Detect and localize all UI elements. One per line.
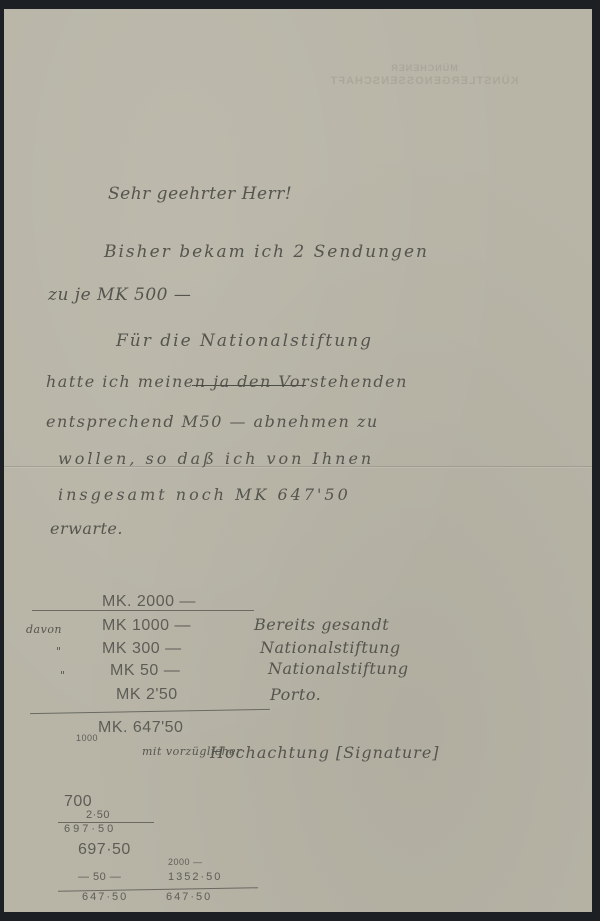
sum-rule: [30, 709, 270, 714]
item-label-1: Bereits gesandt: [254, 615, 389, 634]
item-label-3: Nationalstiftung: [268, 659, 409, 678]
signature: Hochachtung [Signature]: [210, 743, 440, 762]
calc-3-line-3: 647·50: [166, 891, 212, 903]
total-amount: MK. 2000 —: [102, 593, 196, 611]
letter-line-4: hatte ich meinen ja den Vorstehenden: [46, 372, 408, 391]
item-amount-4: MK 2'50: [116, 686, 178, 704]
letterhead: MÜNCHENER KÜNSTLERGENOSSENSCHAFT: [304, 63, 544, 87]
calc-2-line-1: 697·50: [78, 841, 131, 859]
letter-line-6: wollen, so daß ich von Ihnen: [58, 449, 374, 468]
calc-3-line-1: 2000 —: [168, 857, 203, 867]
item-prefix-1: davon: [26, 623, 62, 636]
result-prefix: 1000: [76, 733, 98, 743]
letter-page: MÜNCHENER KÜNSTLERGENOSSENSCHAFT Sehr ge…: [4, 9, 592, 912]
item-label-4: Porto.: [270, 685, 321, 704]
strike-through: [192, 385, 306, 386]
calc-1-line-2: 2·50: [86, 809, 110, 821]
letter-line-2-text: zu je MK 500 —: [48, 285, 191, 305]
letter-line-2: zu je MK 500 —: [48, 285, 191, 305]
letter-line-5: entsprechend M50 — abnehmen zu: [46, 412, 379, 431]
letter-line-7: insgesamt noch MK 647'50: [58, 485, 351, 504]
letterhead-line-1: MÜNCHENER: [304, 63, 544, 73]
salutation: Sehr geehrter Herr!: [108, 184, 292, 204]
letter-line-1: Bisher bekam ich 2 Sendungen: [104, 242, 429, 262]
item-label-2: Nationalstiftung: [260, 638, 401, 657]
item-prefix-3: ": [60, 669, 66, 682]
calc-2-line-2: — 50 —: [78, 871, 121, 883]
item-prefix-2: ": [56, 645, 62, 658]
calc-1-line-3: 697·50: [64, 823, 116, 835]
letter-line-3: Für die Nationalstiftung: [116, 331, 373, 351]
result-amount: MK. 647'50: [98, 719, 183, 737]
item-amount-2: MK 300 —: [102, 640, 182, 658]
total-rule: [32, 610, 254, 611]
letter-line-8: erwarte.: [50, 519, 123, 538]
calc-2-line-3: 647·50: [82, 891, 128, 903]
item-amount-3: MK 50 —: [110, 662, 180, 680]
calc-3-line-2: 1352·50: [168, 871, 222, 883]
item-amount-1: MK 1000 —: [102, 617, 191, 635]
letterhead-line-2: KÜNSTLERGENOSSENSCHAFT: [304, 75, 544, 87]
